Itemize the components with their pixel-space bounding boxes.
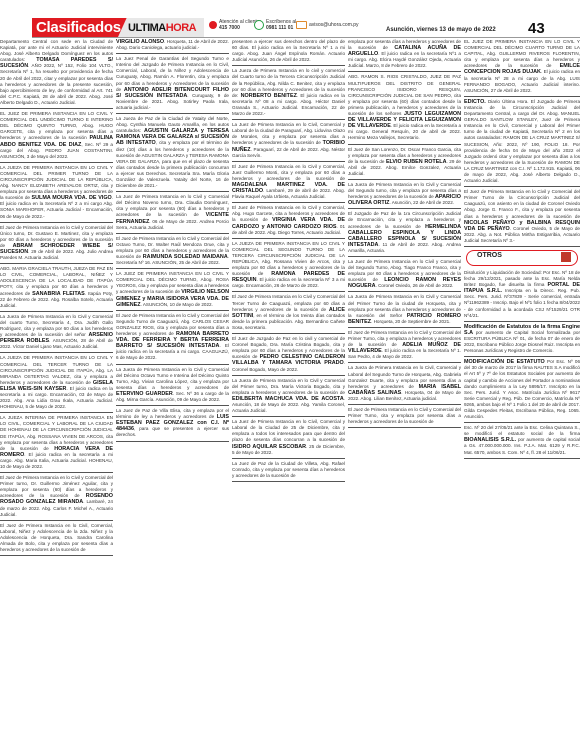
ad-details: . Asunción, 22 de Abril de 2022. — [389, 200, 454, 205]
classified-ad: El Juez de Primera Instancia en lo Civil… — [0, 522, 113, 556]
classified-ad: La Juez de Primera Instancia en lo Civil… — [348, 258, 461, 292]
ad-subject: ISIDRO AQUILAR ESCOBAR — [232, 444, 306, 450]
ad-subject: ELVIO RUBEN ROTELA — [386, 159, 447, 165]
classified-ad: LA JUEZA INTERINA DE PRIMERA INSTANCIA E… — [0, 414, 113, 473]
classified-ad: EL JUEZ DE PRIMERA INSTANCIA EN LO CIVIL… — [0, 110, 113, 163]
ad-text: El Juez de Primera Instancia en lo Civil… — [348, 407, 461, 424]
column-2: VIRGILIO ALONSO. Horqueta, 11 de Abril d… — [116, 38, 229, 756]
mail-icon — [296, 21, 307, 29]
column-5: EL JUEZ DE PRIMERA INSTANCIA EN LO CIVIL… — [464, 38, 580, 756]
classified-ad: El Juez de Primera Instancia en lo Civil… — [232, 163, 345, 204]
classified-ad: EL JUEZ DE PRIMERA INSTANCIA EN LO CIVIL… — [464, 38, 580, 97]
ad-subject: SANABRIA FLEITAS — [32, 291, 85, 297]
ad-details: Por Esc. Nº 06 del 30 de marzo de 2017 l… — [464, 359, 580, 419]
otros-section-banner: OTROS — [466, 250, 578, 266]
column-1: Departamento Central con sede en la Ciud… — [0, 38, 113, 756]
ad-subject: SULMA MOURA VDA. DE VIGO — [32, 195, 112, 201]
column-3: presenten a ejercer sus derechos dentro … — [232, 38, 345, 756]
classified-ad: ABG. MARIA GRACIELA TRAUTH, JUEZA DE PAZ… — [0, 265, 113, 312]
classified-ad: La Jueza de Primera Instancia en lo Civi… — [232, 377, 345, 418]
classified-ad: Modificación de Estatutos de la firma En… — [464, 323, 580, 357]
classified-ad: presenten a ejercer sus derechos dentro … — [232, 38, 345, 66]
classified-ad: La Jueza de Primera Instancia en lo Civi… — [116, 366, 229, 407]
classified-ad: La Juez de Primera Instancia en lo Civil… — [116, 193, 229, 234]
classified-ad: El Juzgado de Paz de la 1ra Circunscripc… — [348, 210, 461, 257]
ad-subject: ETERVINO GUARDER — [116, 391, 173, 397]
classified-ad: La Juez de Paz de la Ciudad de Villeta, … — [232, 460, 345, 482]
ad-details: . ASUNCIÓN, 10 de Mayo de 2022. — [141, 302, 213, 307]
ad-text: La Juez de Paz de la Ciudad de Villeta, … — [232, 461, 345, 478]
issue-date: Asunción, viernes 13 de mayo de 2022 — [386, 27, 496, 33]
classified-ad: La Jueza de Primera Instancia en lo Civi… — [0, 313, 113, 354]
classified-ad: El Juez de Primera Instancia en lo Civil… — [348, 329, 461, 363]
whatsapp-icon — [254, 20, 264, 30]
classified-ad: La Juez Penal de Garantías del Segundo T… — [116, 55, 229, 114]
section-title: Clasificados — [32, 18, 132, 37]
classified-ad: La Juez de Primera Instancia en lo Civil… — [232, 418, 345, 459]
ad-subject: EDICTO. — [464, 99, 486, 105]
ad-text: El Juez de Primera Instancia en lo Civil… — [464, 189, 580, 218]
classified-ad: Esc. Nº 20 del 27/05/21 ante la Esc. Cel… — [464, 424, 580, 458]
email-contact: avisos@uhora.com.py — [296, 21, 359, 29]
classified-ad: emplaza por sesenta días a herederos y a… — [348, 38, 461, 72]
classified-ad: ABG. RAMON S. RIOS CRISTALDO, JUEZ DE PA… — [348, 73, 461, 144]
ad-details: Diario Última Hora. El Juzgado de Primer… — [464, 99, 580, 183]
ad-subject: BIOANALISIS S.R.L. — [464, 437, 516, 443]
classified-ad: El Juez de Primera Instancia en lo Civil… — [0, 224, 113, 265]
ad-text: La Juez de Primera Instancia en lo Civil… — [232, 419, 345, 442]
otros-icon — [561, 252, 571, 262]
classified-ad: Disolución y Liquidación de Sociedad: Po… — [464, 269, 580, 322]
ad-details: , cita y emplaza por el término de diez … — [116, 140, 229, 188]
ad-subject: MODIFICACIÓN DE ESTATUTO — [464, 359, 545, 365]
classified-ad: Departamento Central con sede en la Ciud… — [0, 38, 113, 109]
ad-text: ABG. RAMON S. RIOS CRISTALDO, JUEZ DE PA… — [348, 74, 461, 116]
classified-ad: La Juez de Paz de Villa Elisa, cita y em… — [116, 407, 229, 441]
classified-ad: La Juez de Primera Instancia en lo Civil… — [232, 121, 345, 162]
ad-details: . Coronel Oviedo, 26 de Abril de 2022. — [376, 283, 454, 288]
ad-text: La Juez de Paz de Villa Elisa, cita y em… — [116, 408, 229, 419]
ad-subject: NORBERTO BENITEZ — [241, 93, 297, 99]
ad-text: presenten a ejercer sus derechos dentro … — [232, 39, 345, 62]
classified-ad: El Juez de Primera Instancia en lo Civil… — [232, 293, 345, 334]
classified-ad: La Jueza de Primera Instancia en lo Civi… — [348, 364, 461, 405]
ad-text: El Juez de Primera Instancia en lo Civil… — [232, 164, 345, 181]
classified-ad: LA JUEZA DE PRIMERA INSTANCIA EN LO CIVI… — [232, 240, 345, 293]
classified-ad: MODIFICACIÓN DE ESTATUTO Por Esc. Nº 06 … — [464, 358, 580, 423]
classified-ad: El Juez de Juzgado de Paz en lo civil y … — [232, 335, 345, 376]
page-header: Clasificados ULTIMAHORA Atención al clie… — [0, 0, 580, 37]
classified-ad: VIRGILIO ALONSO. Horqueta, 11 de Abril d… — [116, 38, 229, 54]
classified-ad: LA JUEZ DE PRIMERA INSTANCIA EN LO CIVIL… — [116, 270, 229, 311]
classified-ad: El Juez de Primera Instancia en lo Civil… — [232, 204, 345, 238]
classified-ad: La Jueza de Primera Instancia en lo Civi… — [348, 293, 461, 327]
column-4: emplaza por sesenta días a herederos y a… — [348, 38, 461, 756]
classified-ad: La Jueza de Primera Instancia en lo Civi… — [348, 181, 461, 209]
classified-ad: El Juez de Primera Instancia en lo Civil… — [0, 474, 113, 521]
classified-ad: LA JUEZA DE PRIMERA INSTANCIA EN LO CIVI… — [0, 354, 113, 413]
classified-ad: El Juez de San Lorenzo, Dr. Oscar Franco… — [348, 146, 461, 180]
otros-label: OTROS — [477, 253, 502, 259]
classified-ad: EDICTO. Diario Última Hora. El Juzgado d… — [464, 98, 580, 187]
classified-ad: La Jueza de Primera Instancia en lo civi… — [232, 67, 345, 120]
phone-icon — [209, 21, 217, 29]
ad-details: . Horqueta, 20 de Septiembre de 2021. — [371, 319, 450, 324]
ad-details: . AÑO 2022, Nº 152, Folio 104 VLTO., Sec… — [0, 63, 113, 105]
whatsapp-contact: Escríbenos al0981 111 01 — [254, 19, 296, 31]
ad-subject: VIRGILIO ALONSO — [116, 39, 164, 45]
newspaper-logo: ULTIMAHORA — [128, 20, 196, 36]
page-number: 43 — [528, 20, 545, 37]
ad-text: Esc. Nº 20 del 27/05/21 ante la Esc. Cel… — [464, 425, 580, 436]
classified-ad: El Juez de Primera Instancia en lo Civil… — [116, 235, 229, 269]
ad-text: El Juez de Primera Instancia en lo Civil… — [0, 523, 113, 552]
ad-details: por aumento de Capital Social formalizad… — [464, 330, 580, 353]
classified-ad: El Juez de Primera Instancia en lo Civil… — [116, 312, 229, 365]
classified-ad: LA JUEZA DE PRIMERA INSTANCIA EN LO CIVI… — [0, 164, 113, 223]
classified-ad: El Juez de Primera Instancia en lo Civil… — [348, 406, 461, 428]
classified-ad: El Juez de Primera Instancia en lo Civil… — [464, 188, 580, 247]
classified-ad: La Jueza de Paz de la Ciudad de Yataity … — [116, 115, 229, 192]
ad-text: La Jueza de Primera Instancia en lo Civi… — [232, 378, 345, 395]
ad-subject: EDILBERTA MACHUCA VDA. DE ACOSTA — [232, 396, 344, 402]
ad-text: La Jueza de Primera Instancia en lo Civi… — [116, 367, 229, 390]
